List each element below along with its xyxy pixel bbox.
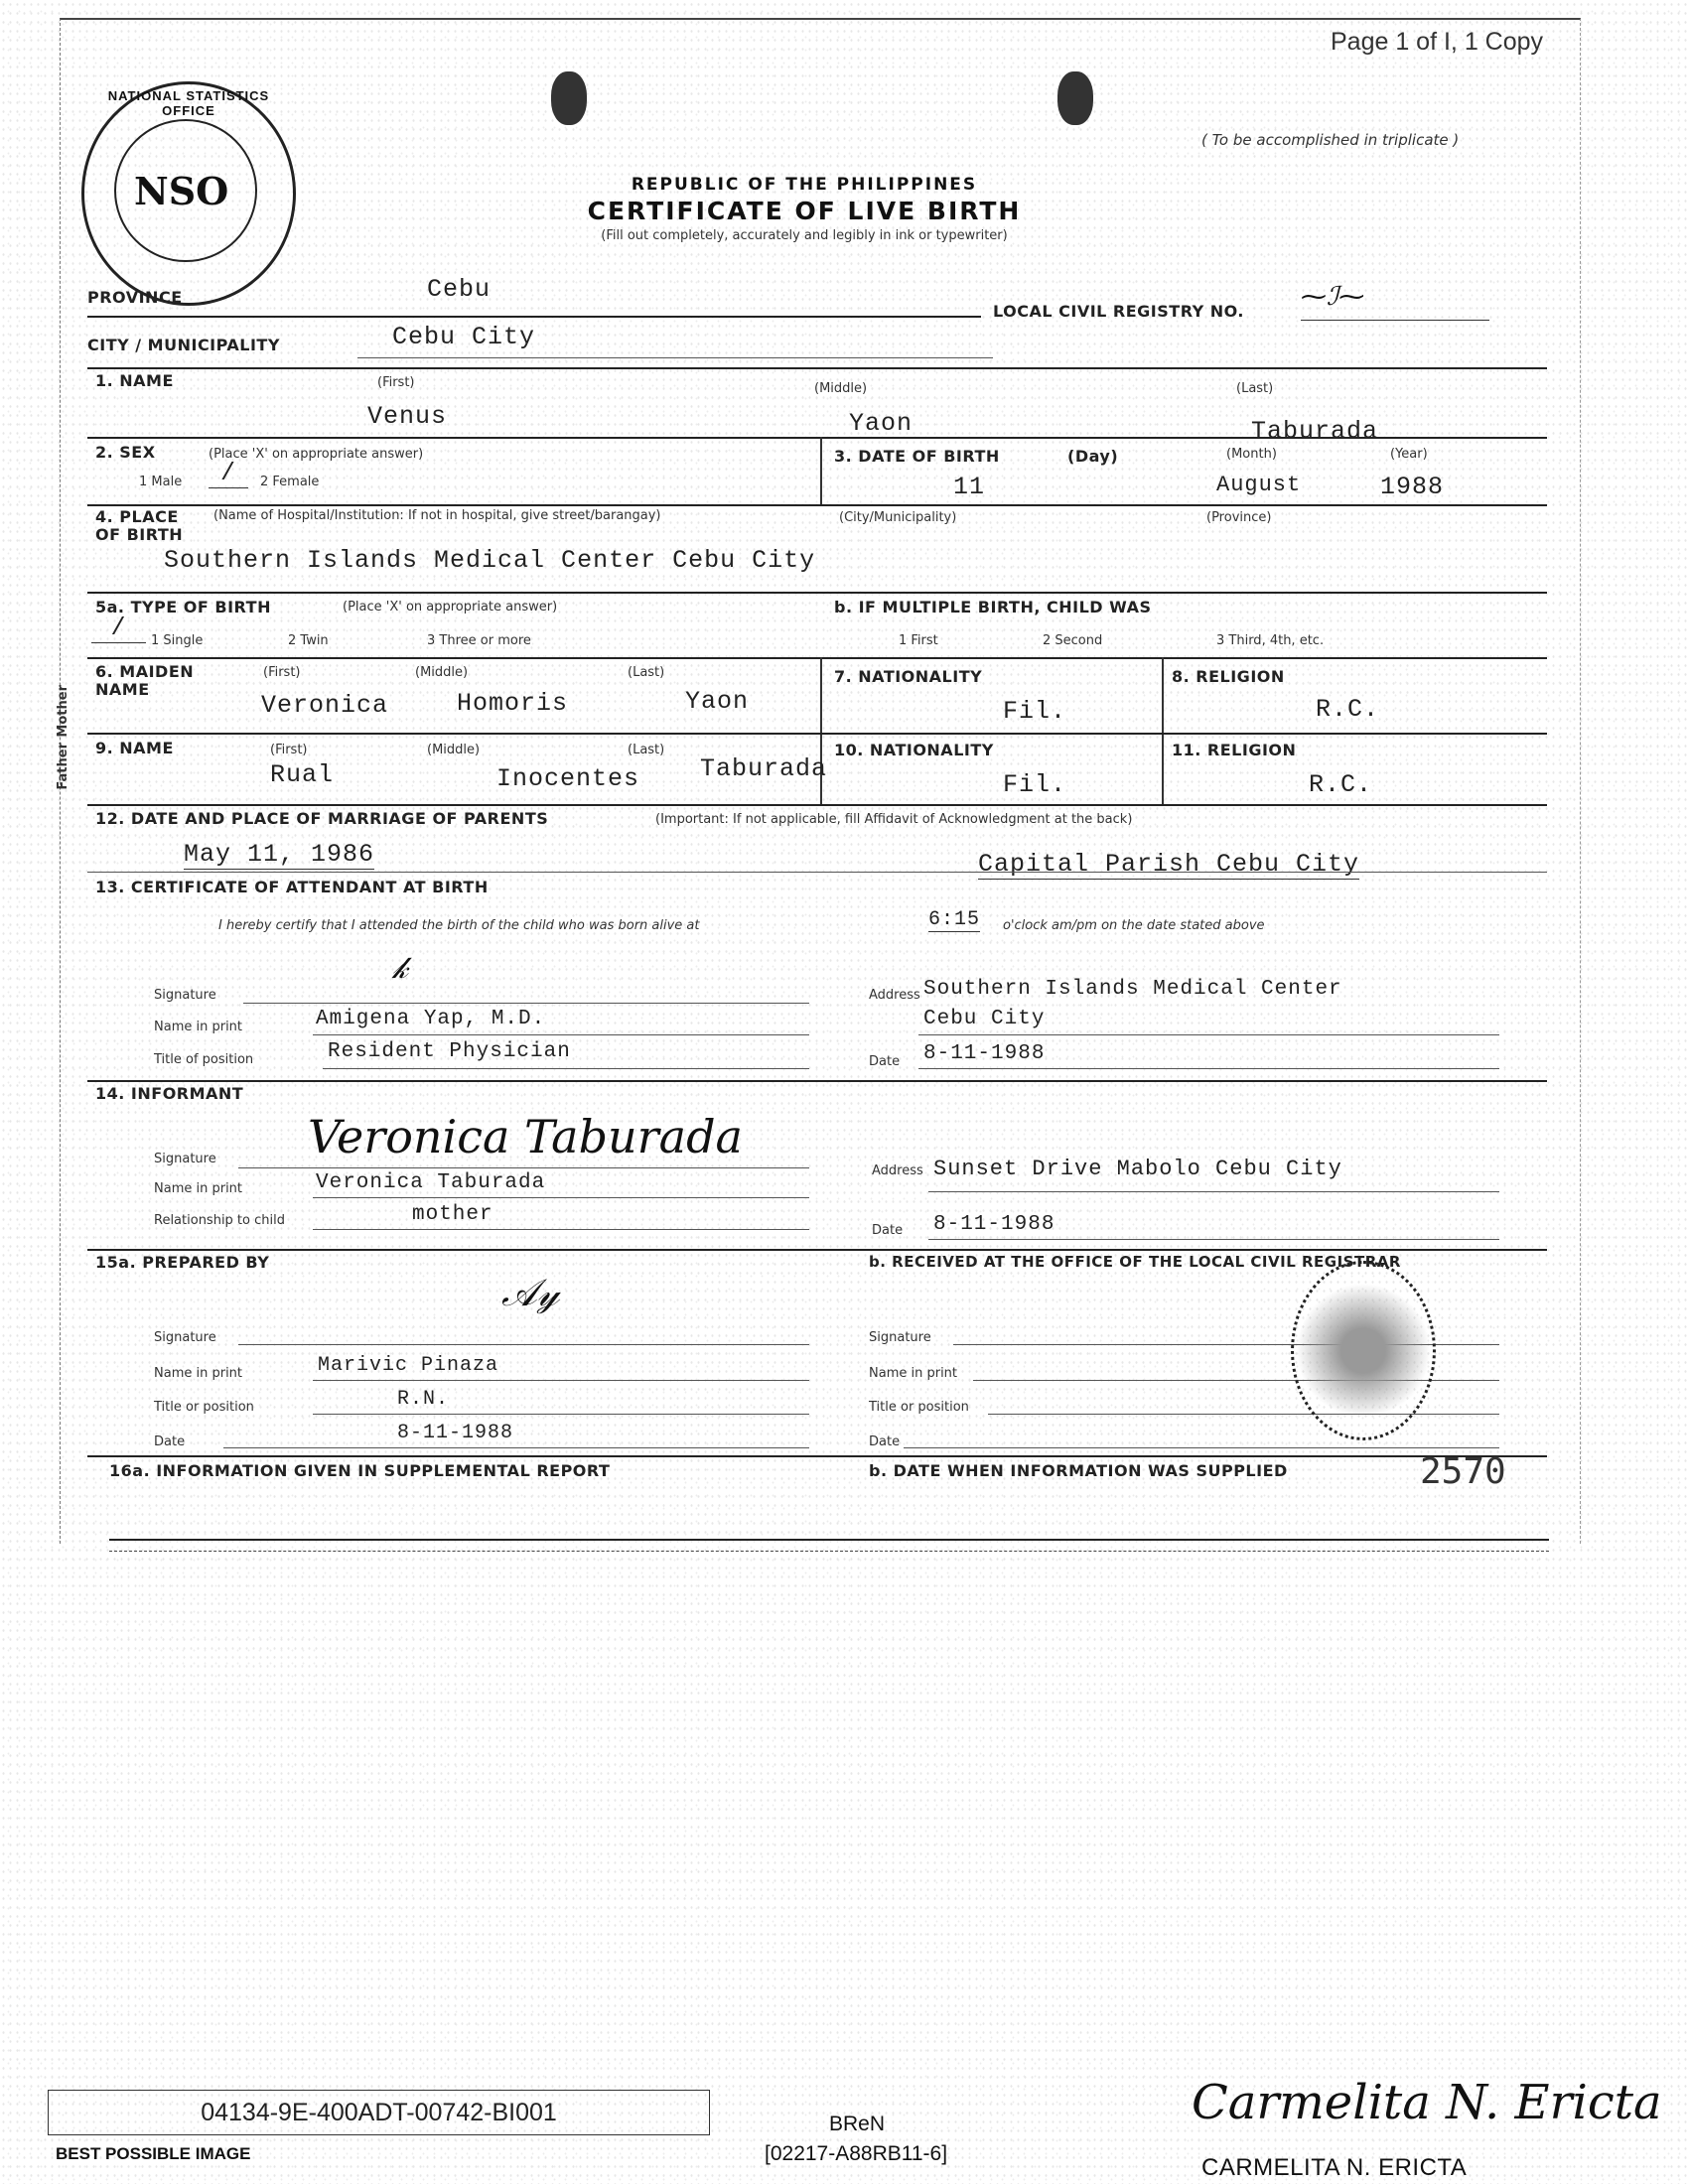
child-first-name: Venus [367,402,447,431]
child-name-label: 1. NAME [95,371,174,390]
field-line [988,1414,1499,1415]
informant-signature: Veronica Taburada [308,1110,743,1163]
mother-first-caption: (First) [263,665,301,680]
divider [820,437,822,504]
marriage-label: 12. DATE AND PLACE OF MARRIAGE OF PARENT… [95,809,548,828]
divider [357,357,993,358]
emblem-mark-icon [1057,71,1093,125]
attendant-signature-label: Signature [154,988,216,1003]
page-indicator: Page 1 of I, 1 Copy [1331,28,1543,57]
attendant-title-label: Title of position [154,1052,253,1067]
nso-seal-text: NATIONAL STATISTICS OFFICE [84,88,293,118]
attendant-signature: 𝓀 [392,951,408,986]
mother-last-name: Yaon [685,687,749,716]
birth-type-instruction: (Place 'X' on appropriate answer) [343,600,557,614]
child-last-name: Taburada [1251,417,1378,446]
attendant-address-label: Address [869,988,920,1003]
sex-label: 2. SEX [95,443,156,462]
informant-label: 14. INFORMANT [95,1084,243,1103]
informant-relationship: mother [412,1203,493,1226]
registrar-stamp-icon [1291,1261,1436,1440]
nso-seal-initials: NSO [134,169,228,213]
mother-last-caption: (Last) [628,665,664,680]
attendant-birth-time: 6:15 [928,908,980,932]
mother-side-label: Mother [56,685,70,738]
signature-line [238,1167,809,1168]
birth-type-single[interactable]: 1 Single [151,633,203,648]
dob-year-caption: (Year) [1390,447,1428,462]
sex-mark: / [209,459,248,488]
signatory-signature: Carmelita N. Ericta [1192,2075,1662,2130]
attendant-title: Resident Physician [328,1040,571,1063]
divider [87,592,1547,594]
father-name-label: 9. NAME [95,739,174,757]
marriage-date: May 11, 1986 [184,840,374,870]
first-name-caption: (First) [377,375,415,390]
informant-address-label: Address [872,1163,923,1178]
child-middle-name: Yaon [849,409,913,438]
attendant-certification-text: I hereby certify that I attended the bir… [218,918,700,933]
birth-type-twin[interactable]: 2 Twin [288,633,329,648]
father-last-caption: (Last) [628,743,664,757]
province-value: Cebu [427,275,491,304]
signatory-name: CARMELITA N. ERICTA [1201,2154,1467,2182]
place-province-caption: (Province) [1206,510,1271,525]
informant-date-label: Date [872,1223,903,1238]
field-line [918,1034,1499,1035]
bren-label: BReN [829,2113,885,2136]
field-line [918,1068,1499,1069]
informant-signature-label: Signature [154,1152,216,1166]
bren-code: [02217-A88RB11-6] [765,2142,947,2166]
field-line [928,1239,1499,1240]
divider [87,316,981,318]
attendant-name: Amigena Yap, M.D. [316,1008,545,1030]
dob-month-caption: (Month) [1226,447,1277,462]
divider [87,1455,1547,1457]
divider [87,504,1547,506]
document-code: 04134-9E-400ADT-00742-BI001 [201,2099,557,2127]
middle-name-caption: (Middle) [814,381,867,396]
field-line [928,1191,1499,1192]
dob-year: 1988 [1380,473,1444,501]
attendant-name-label: Name in print [154,1020,242,1034]
informant-address: Sunset Drive Mabolo Cebu City [933,1157,1342,1181]
informant-name: Veronica Taburada [316,1171,545,1194]
mother-religion-label: 8. RELIGION [1172,667,1285,686]
receiver-signature-label: Signature [869,1330,931,1345]
father-first-caption: (First) [270,743,308,757]
supplemental-date-label: b. DATE WHEN INFORMATION WAS SUPPLIED [869,1461,1288,1480]
preparer-signature: 𝒜𝓎 [501,1271,559,1315]
receiver-date-label: Date [869,1434,900,1449]
birth-type-three-or-more[interactable]: 3 Three or more [427,633,531,648]
mother-religion: R.C. [1316,695,1379,724]
place-of-birth-value: Southern Islands Medical Center Cebu Cit… [164,546,815,575]
father-middle-caption: (Middle) [427,743,480,757]
preparer-name-label: Name in print [154,1366,242,1381]
dob-day: 11 [953,473,985,501]
dob-label: 3. DATE OF BIRTH [834,447,1000,466]
father-middle-name: Inocentes [496,764,639,793]
divider [87,367,1547,369]
father-side-label: Father [56,743,70,790]
divider [109,1539,1549,1541]
birth-type-mark: / [91,614,146,643]
place-city-caption: (City/Municipality) [839,510,956,525]
signature-line [243,1003,809,1004]
stamp-number: 2570 [1420,1451,1506,1492]
preparer-date-label: Date [154,1434,185,1449]
field-line [313,1229,809,1230]
dob-day-caption: (Day) [1067,447,1118,466]
mother-first-name: Veronica [261,691,388,720]
informant-relationship-label: Relationship to child [154,1213,285,1228]
attendant-date-label: Date [869,1054,900,1069]
divider [87,437,1547,439]
informant-name-label: Name in print [154,1181,242,1196]
divider [87,657,1547,659]
dob-month: August [1216,473,1301,497]
multiple-birth-label: b. IF MULTIPLE BIRTH, CHILD WAS [834,598,1151,616]
city-label: CITY / MUNICIPALITY [87,336,280,354]
field-line [313,1034,809,1035]
field-line [223,1447,809,1448]
preparer-date: 8-11-1988 [397,1422,513,1444]
last-name-caption: (Last) [1236,381,1273,396]
field-line [313,1380,809,1381]
attendant-certification-suffix: o'clock am/pm on the date stated above [1003,918,1265,933]
province-label: PROVINCE [87,288,183,307]
divider [87,1080,1547,1082]
informant-date: 8-11-1988 [933,1213,1055,1236]
attendant-address-line2: Cebu City [923,1008,1045,1030]
father-last-name: Taburada [700,754,827,783]
city-value: Cebu City [392,323,535,351]
divider [87,1249,1547,1251]
field-line [904,1447,1499,1448]
registry-number-signature: ⁓ℐ⁓ [1301,282,1489,321]
father-religion-label: 11. RELIGION [1172,741,1296,759]
father-religion: R.C. [1309,770,1372,799]
receiver-title-label: Title or position [869,1400,969,1415]
quality-note: BEST POSSIBLE IMAGE [56,2144,250,2164]
field-line [313,1414,809,1415]
received-by-label: b. RECEIVED AT THE OFFICE OF THE LOCAL C… [869,1253,1401,1271]
place-of-birth-instruction: (Name of Hospital/Institution: If not in… [213,508,680,523]
emblem-mark-icon [551,71,587,125]
mother-nationality-label: 7. NATIONALITY [834,667,982,686]
father-nationality-label: 10. NATIONALITY [834,741,994,759]
receiver-name-label: Name in print [869,1366,957,1381]
preparer-title: R.N. [397,1388,449,1411]
document-title: CERTIFICATE OF LIVE BIRTH [516,197,1092,225]
attendant-address-line1: Southern Islands Medical Center [923,978,1342,1001]
divider [1162,657,1164,804]
place-of-birth-label: 4. PLACE OF BIRTH [95,508,205,544]
supplemental-label: 16a. INFORMATION GIVEN IN SUPPLEMENTAL R… [109,1461,610,1480]
multiple-second[interactable]: 2 Second [1043,633,1102,648]
divider [109,1551,1549,1553]
mother-nationality: Fil. [1003,697,1066,726]
sex-option-male[interactable]: 1 Male [139,475,182,489]
field-line [313,1197,809,1198]
attendant-date: 8-11-1988 [923,1042,1045,1065]
multiple-third[interactable]: 3 Third, 4th, etc. [1216,633,1324,648]
multiple-first[interactable]: 1 First [899,633,938,648]
document-code-box: 04134-9E-400ADT-00742-BI001 [48,2090,710,2135]
field-line [323,1068,809,1069]
father-nationality: Fil. [1003,770,1066,799]
republic-heading: REPUBLIC OF THE PHILIPPINES [516,175,1092,195]
marriage-place: Capital Parish Cebu City [978,850,1359,880]
mother-middle-caption: (Middle) [415,665,468,680]
nso-seal-icon: NSO NATIONAL STATISTICS OFFICE [81,81,296,306]
fill-instruction: (Fill out completely, accurately and leg… [516,228,1092,243]
divider [87,733,1547,735]
divider [87,872,1547,873]
preparer-title-label: Title or position [154,1400,254,1415]
attendant-label: 13. CERTIFICATE OF ATTENDANT AT BIRTH [95,878,489,896]
mother-middle-name: Homoris [457,689,568,718]
mother-name-label: 6. MAIDEN NAME [95,663,205,699]
marriage-note: (Important: If not applicable, fill Affi… [655,812,1132,827]
sex-option-female[interactable]: 2 Female [260,475,319,489]
signature-line [238,1344,809,1345]
father-first-name: Rual [270,760,334,789]
registry-label: LOCAL CIVIL REGISTRY NO. [993,302,1244,321]
prepared-by-label: 15a. PREPARED BY [95,1253,269,1272]
preparer-signature-label: Signature [154,1330,216,1345]
divider [87,804,1547,806]
preparer-name: Marivic Pinaza [318,1354,498,1377]
triplicate-note: ( To be accomplished in triplicate ) [1201,131,1459,149]
